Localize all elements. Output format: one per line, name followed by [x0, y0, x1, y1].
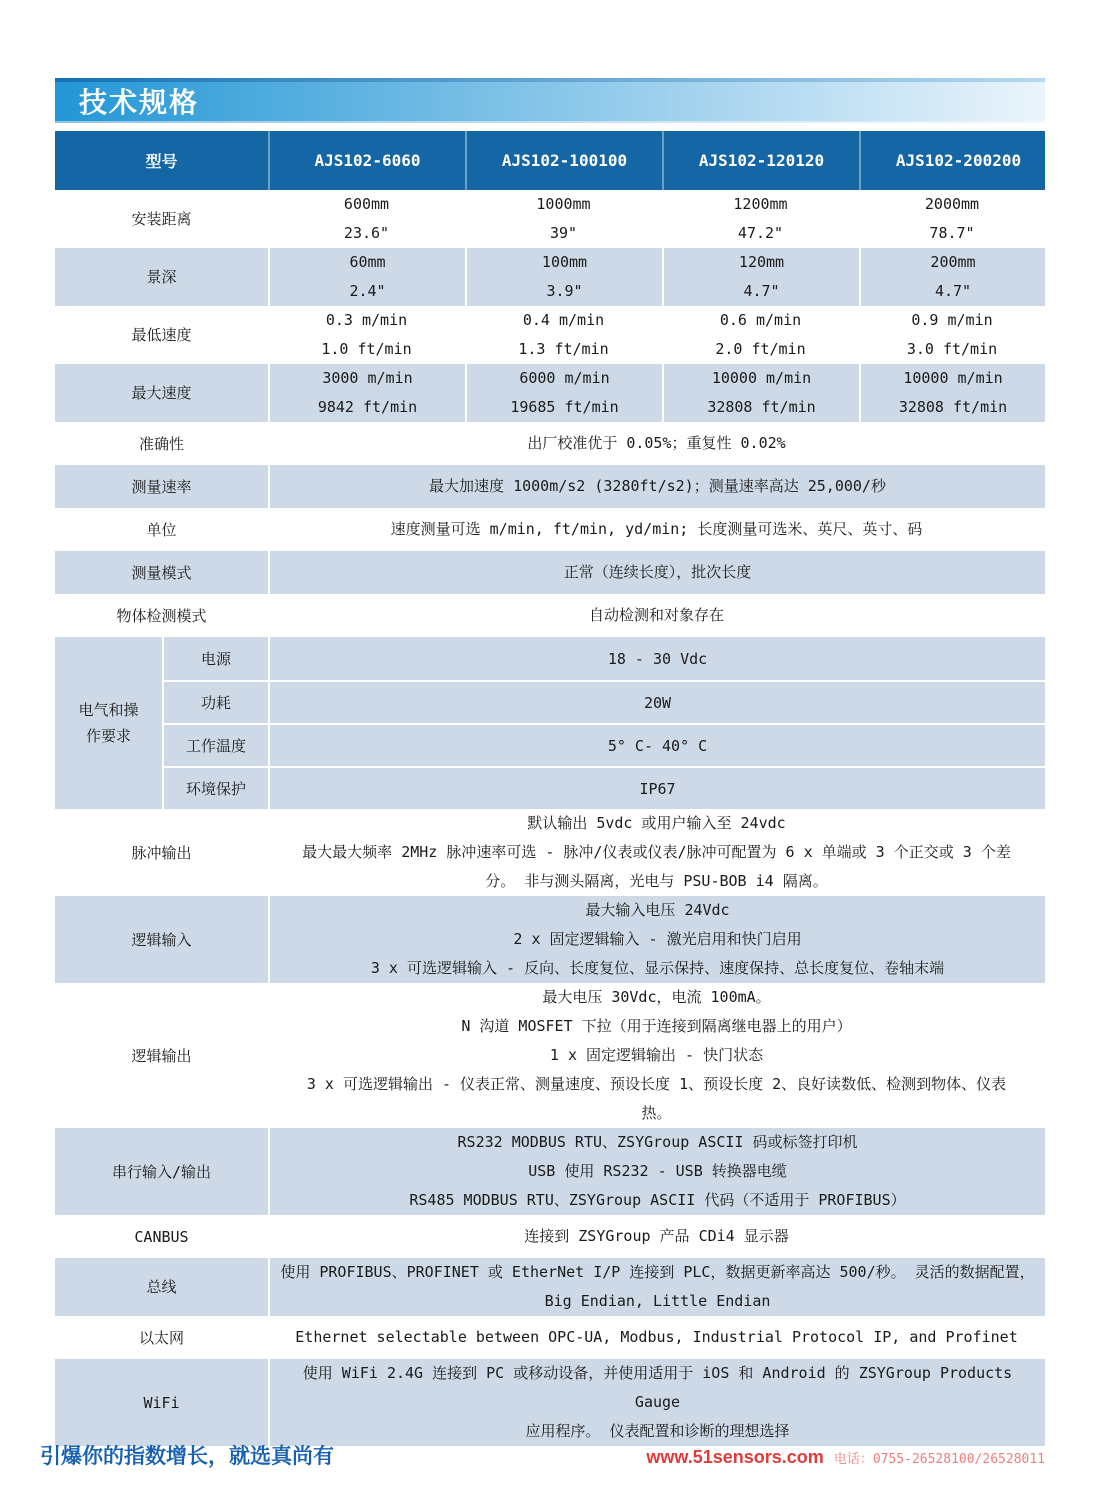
spec-line: 正常（连续长度），批次长度 — [564, 558, 752, 587]
spec-cell: 6000 m/min19685 ft/min — [465, 364, 662, 422]
spec-line: 最大加速度 1000m/s2 (3280ft/s2)；测量速率高达 25,000… — [429, 472, 886, 501]
spec-row-label: CANBUS — [55, 1215, 268, 1258]
group-row-label: 电气和操作要求 — [55, 637, 162, 809]
group-subrow: 电源18 - 30 Vdc — [162, 637, 1045, 680]
spec-line: 3.0 ft/min — [907, 335, 997, 364]
spec-line: 最大最大频率 2MHz 脉冲速率可选 - 脉冲/仪表或仪表/脉冲可配置为 6 x… — [302, 838, 1011, 867]
model-column-header: AJS102-200200 — [859, 131, 1056, 190]
spec-cell: 600mm23.6" — [268, 190, 465, 248]
spec-line: 分。 非与测头隔离，光电与 PSU-BOB i4 隔离。 — [485, 867, 827, 896]
spec-value: RS232 MODBUS RTU、ZSYGroup ASCII 码或标签打印机U… — [268, 1128, 1045, 1215]
spec-line: 1.3 ft/min — [518, 335, 608, 364]
spec-row-label: WiFi — [55, 1359, 268, 1446]
spec-value: 使用 PROFIBUS、PROFINET 或 EtherNet I/P 连接到 … — [268, 1258, 1045, 1316]
spec-value: 速度测量可选 m/min, ft/min, yd/min; 长度测量可选米、英尺… — [268, 508, 1045, 551]
spec-line: 78.7" — [929, 219, 974, 248]
subrow-value: 20W — [268, 682, 1045, 723]
spec-line: 0.9 m/min — [911, 306, 992, 335]
spec-row-label: 准确性 — [55, 422, 268, 465]
spec-row: 测量速率最大加速度 1000m/s2 (3280ft/s2)；测量速率高达 25… — [55, 465, 1045, 508]
spec-row-label: 测量速率 — [55, 465, 268, 508]
spec-line: N 沟道 MOSFET 下拉（用于连接到隔离继电器上的用户） — [461, 1012, 851, 1041]
spec-value: Ethernet selectable between OPC-UA, Modb… — [268, 1316, 1045, 1359]
spec-line: 自动检测和对象存在 — [589, 601, 724, 630]
spec-value: 最大电压 30Vdc，电流 100mA。N 沟道 MOSFET 下拉（用于连接到… — [268, 983, 1045, 1128]
spec-line: 2.0 ft/min — [715, 335, 805, 364]
spec-row: 以太网Ethernet selectable between OPC-UA, M… — [55, 1316, 1045, 1359]
spec-value: 出厂校准优于 0.05%；重复性 0.02% — [268, 422, 1045, 465]
footer-contact: www.51sensors.com 电话：0755-26528100/26528… — [646, 1447, 1045, 1468]
spec-cell: 1200mm47.2" — [662, 190, 859, 248]
spec-value: 正常（连续长度），批次长度 — [268, 551, 1045, 594]
spec-cell: 0.3 m/min1.0 ft/min — [268, 306, 465, 364]
spec-line: 0.4 m/min — [523, 306, 604, 335]
spec-row: 电气和操作要求电源18 - 30 Vdc功耗20W工作温度5° C- 40° C… — [55, 637, 1045, 809]
spec-cell: 1000mm39" — [465, 190, 662, 248]
spec-cell: 10000 m/min32808 ft/min — [859, 364, 1045, 422]
spec-row-label: 安装距离 — [55, 190, 268, 248]
spec-line: 6000 m/min — [519, 364, 609, 393]
spec-line: 60mm — [349, 248, 385, 277]
table-header-row: 型号AJS102-6060AJS102-100100AJS102-120120A… — [55, 131, 1045, 190]
spec-line: 0.6 m/min — [720, 306, 801, 335]
spec-row: 总线使用 PROFIBUS、PROFINET 或 EtherNet I/P 连接… — [55, 1258, 1045, 1316]
spec-line: 1 x 固定逻辑输出 - 快门状态 — [550, 1041, 763, 1070]
spec-row: 最大速度3000 m/min9842 ft/min6000 m/min19685… — [55, 364, 1045, 422]
spec-line: 10000 m/min — [903, 364, 1002, 393]
subrow-value: IP67 — [268, 768, 1045, 809]
spec-line: 120mm — [739, 248, 784, 277]
section-title: 技术规格 — [55, 81, 199, 121]
spec-cell: 0.4 m/min1.3 ft/min — [465, 306, 662, 364]
model-column-header: AJS102-120120 — [662, 131, 859, 190]
spec-line: 最大输入电压 24Vdc — [585, 896, 729, 925]
spec-line: Ethernet selectable between OPC-UA, Modb… — [295, 1323, 1017, 1352]
footer-slogan: 引爆你的指数增长，就选真尚有 — [40, 1440, 334, 1470]
spec-value: 连接到 ZSYGroup 产品 CDi4 显示器 — [268, 1215, 1045, 1258]
spec-cell: 200mm4.7" — [859, 248, 1045, 306]
spec-line: 47.2" — [738, 219, 783, 248]
spec-cell: 10000 m/min32808 ft/min — [662, 364, 859, 422]
spec-row: 单位速度测量可选 m/min, ft/min, yd/min; 长度测量可选米、… — [55, 508, 1045, 551]
spec-line: RS485 MODBUS RTU、ZSYGroup ASCII 代码（不适用于 … — [409, 1186, 905, 1215]
spec-line: 4.7" — [935, 277, 971, 306]
spec-line: 4.7" — [743, 277, 779, 306]
spec-cell: 3000 m/min9842 ft/min — [268, 364, 465, 422]
footer-phone: 电话：0755-26528100/26528011 — [834, 1448, 1045, 1467]
spec-row: 准确性出厂校准优于 0.05%；重复性 0.02% — [55, 422, 1045, 465]
group-subrows: 电源18 - 30 Vdc功耗20W工作温度5° C- 40° C环境保护IP6… — [162, 637, 1045, 809]
spec-row: 最低速度0.3 m/min1.0 ft/min0.4 m/min1.3 ft/m… — [55, 306, 1045, 364]
model-header-label: 型号 — [55, 131, 268, 190]
footer-website: www.51sensors.com — [646, 1447, 823, 1468]
group-subrow: 环境保护IP67 — [162, 766, 1045, 809]
subrow-label: 电源 — [164, 637, 268, 680]
group-subrow: 工作温度5° C- 40° C — [162, 723, 1045, 766]
spec-line: 2.4" — [349, 277, 385, 306]
spec-row-label: 逻辑输入 — [55, 896, 268, 983]
spec-row-label: 总线 — [55, 1258, 268, 1316]
spec-cell: 0.9 m/min3.0 ft/min — [859, 306, 1045, 364]
spec-cell: 120mm4.7" — [662, 248, 859, 306]
page-footer: 引爆你的指数增长，就选真尚有 www.51sensors.com 电话：0755… — [40, 1440, 1045, 1470]
subrow-label: 工作温度 — [164, 725, 268, 766]
spec-row-label: 测量模式 — [55, 551, 268, 594]
spec-line: 速度测量可选 m/min, ft/min, yd/min; 长度测量可选米、英尺… — [391, 515, 923, 544]
spec-line: RS232 MODBUS RTU、ZSYGroup ASCII 码或标签打印机 — [458, 1128, 858, 1157]
spec-row: 景深60mm2.4"100mm3.9"120mm4.7"200mm4.7" — [55, 248, 1045, 306]
spec-value: 自动检测和对象存在 — [268, 594, 1045, 637]
spec-line: 使用 WiFi 2.4G 连接到 PC 或移动设备，并使用适用于 iOS 和 A… — [276, 1359, 1039, 1417]
spec-line: 100mm — [542, 248, 587, 277]
spec-line: 3000 m/min — [322, 364, 412, 393]
spec-value: 最大加速度 1000m/s2 (3280ft/s2)；测量速率高达 25,000… — [268, 465, 1045, 508]
spec-line: 600mm — [344, 190, 389, 219]
spec-line: 3 x 可选逻辑输入 - 反向、长度复位、显示保持、速度保持、总长度复位、卷轴末… — [371, 954, 944, 983]
spec-line: 9842 ft/min — [318, 393, 417, 422]
spec-line: 3.9" — [546, 277, 582, 306]
spec-row-label: 单位 — [55, 508, 268, 551]
spec-row-label: 物体检测模式 — [55, 594, 268, 637]
spec-row: 串行输入/输出RS232 MODBUS RTU、ZSYGroup ASCII 码… — [55, 1128, 1045, 1215]
spec-cell: 60mm2.4" — [268, 248, 465, 306]
spec-line: 出厂校准优于 0.05%；重复性 0.02% — [527, 429, 785, 458]
spec-row: 逻辑输入最大输入电压 24Vdc2 x 固定逻辑输入 - 激光启用和快门启用3 … — [55, 896, 1045, 983]
spec-line: 使用 PROFIBUS、PROFINET 或 EtherNet I/P 连接到 … — [280, 1258, 1034, 1287]
spec-value: 默认输出 5vdc 或用户输入至 24vdc最大最大频率 2MHz 脉冲速率可选… — [268, 809, 1045, 896]
spec-line: 热。 — [641, 1099, 671, 1128]
spec-value: 最大输入电压 24Vdc2 x 固定逻辑输入 - 激光启用和快门启用3 x 可选… — [268, 896, 1045, 983]
datasheet-page: 技术规格 型号AJS102-6060AJS102-100100AJS102-12… — [55, 78, 1045, 1446]
spec-value: 使用 WiFi 2.4G 连接到 PC 或移动设备，并使用适用于 iOS 和 A… — [268, 1359, 1045, 1446]
subrow-value: 5° C- 40° C — [268, 725, 1045, 766]
spec-line: 2000mm — [925, 190, 979, 219]
spec-row: 物体检测模式自动检测和对象存在 — [55, 594, 1045, 637]
spec-line: 1200mm — [733, 190, 787, 219]
spec-cell: 2000mm78.7" — [859, 190, 1045, 248]
spec-line: 1.0 ft/min — [321, 335, 411, 364]
spec-line: 连接到 ZSYGroup 产品 CDi4 显示器 — [524, 1222, 789, 1251]
group-subrow: 功耗20W — [162, 680, 1045, 723]
spec-line: 39" — [550, 219, 577, 248]
spec-line: 1000mm — [536, 190, 590, 219]
spec-line: 3 x 可选逻辑输出 - 仪表正常、测量速度、预设长度 1、预设长度 2、良好读… — [307, 1070, 1006, 1099]
spec-row: 测量模式正常（连续长度），批次长度 — [55, 551, 1045, 594]
spec-row-label: 最低速度 — [55, 306, 268, 364]
model-column-header: AJS102-6060 — [268, 131, 465, 190]
spec-table: 型号AJS102-6060AJS102-100100AJS102-120120A… — [55, 131, 1045, 1446]
spec-line: 200mm — [930, 248, 975, 277]
spec-row: CANBUS连接到 ZSYGroup 产品 CDi4 显示器 — [55, 1215, 1045, 1258]
spec-line: 最大电压 30Vdc，电流 100mA。 — [542, 983, 770, 1012]
spec-cell: 100mm3.9" — [465, 248, 662, 306]
spec-row: WiFi使用 WiFi 2.4G 连接到 PC 或移动设备，并使用适用于 iOS… — [55, 1359, 1045, 1446]
spec-row-label: 最大速度 — [55, 364, 268, 422]
spec-row-label: 脉冲输出 — [55, 809, 268, 896]
spec-row-label: 以太网 — [55, 1316, 268, 1359]
spec-line: 0.3 m/min — [326, 306, 407, 335]
spec-line: 2 x 固定逻辑输入 - 激光启用和快门启用 — [513, 925, 801, 954]
spec-row: 脉冲输出默认输出 5vdc 或用户输入至 24vdc最大最大频率 2MHz 脉冲… — [55, 809, 1045, 896]
subrow-label: 功耗 — [164, 682, 268, 723]
subrow-label: 环境保护 — [164, 768, 268, 809]
spec-line: 19685 ft/min — [510, 393, 618, 422]
spec-row: 安装距离600mm23.6"1000mm39"1200mm47.2"2000mm… — [55, 190, 1045, 248]
spec-line: 23.6" — [344, 219, 389, 248]
subrow-value: 18 - 30 Vdc — [268, 637, 1045, 680]
spec-row: 逻辑输出最大电压 30Vdc，电流 100mA。N 沟道 MOSFET 下拉（用… — [55, 983, 1045, 1128]
section-banner: 技术规格 — [55, 78, 1045, 123]
spec-row-label: 景深 — [55, 248, 268, 306]
spec-row-label: 串行输入/输出 — [55, 1128, 268, 1215]
spec-line: USB 使用 RS232 - USB 转换器电缆 — [528, 1157, 787, 1186]
spec-line: Big Endian, Little Endian — [545, 1287, 771, 1316]
spec-line: 32808 ft/min — [899, 393, 1007, 422]
spec-row-label: 逻辑输出 — [55, 983, 268, 1128]
model-column-header: AJS102-100100 — [465, 131, 662, 190]
spec-line: 10000 m/min — [712, 364, 811, 393]
spec-line: 32808 ft/min — [707, 393, 815, 422]
spec-line: 默认输出 5vdc 或用户输入至 24vdc — [527, 809, 785, 838]
spec-cell: 0.6 m/min2.0 ft/min — [662, 306, 859, 364]
